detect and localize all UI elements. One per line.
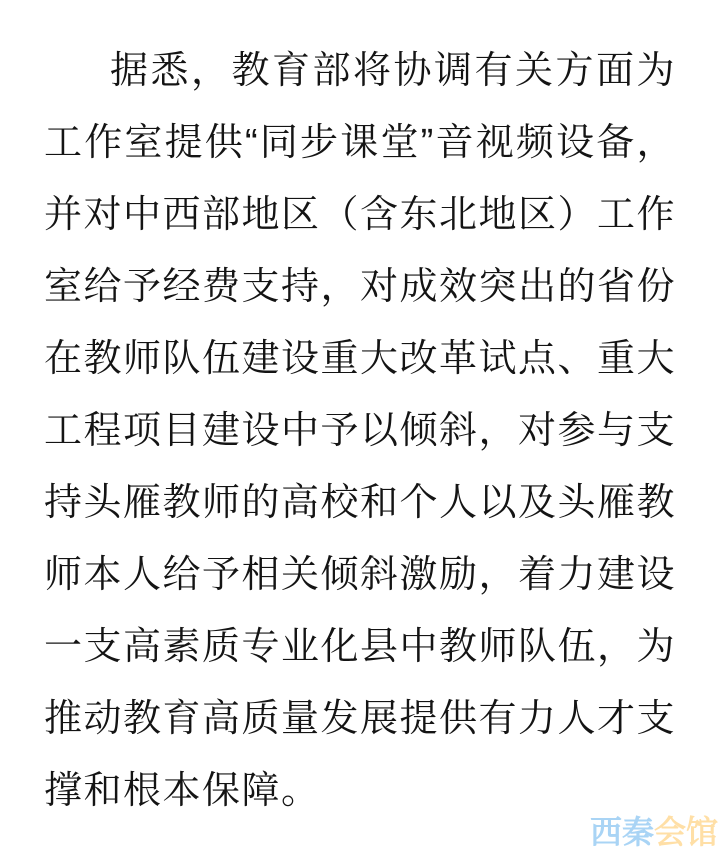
text-line: 撑和根本保障。 <box>44 755 676 827</box>
text-line: 据悉，教育部将协调有关方面为 <box>44 35 676 107</box>
text-line: 室给予经费支持，对成效突出的省份 <box>44 251 676 323</box>
article-page: { "document": { "lines": [ "据悉，教育部将协调有关方… <box>0 0 720 852</box>
watermark: 西秦会馆 <box>590 816 718 848</box>
article-text: 据悉，教育部将协调有关方面为 工作室提供“同步课堂”音视频设备， 并对中西部地区… <box>44 35 676 827</box>
text-line: 推动教育高质量发展提供有力人才支 <box>44 683 676 755</box>
watermark-left: 西秦 <box>590 814 654 850</box>
text-line: 工程项目建设中予以倾斜，对参与支 <box>44 395 676 467</box>
text-line: 在教师队伍建设重大改革试点、重大 <box>44 323 676 395</box>
text-line: 一支高素质专业化县中教师队伍，为 <box>44 611 676 683</box>
text-line: 师本人给予相关倾斜激励，着力建设 <box>44 539 676 611</box>
text-line: 工作室提供“同步课堂”音视频设备， <box>44 107 676 179</box>
watermark-right: 会馆 <box>654 814 718 850</box>
text-line: 持头雁教师的高校和个人以及头雁教 <box>44 467 676 539</box>
text-line: 并对中西部地区（含东北地区）工作 <box>44 179 676 251</box>
